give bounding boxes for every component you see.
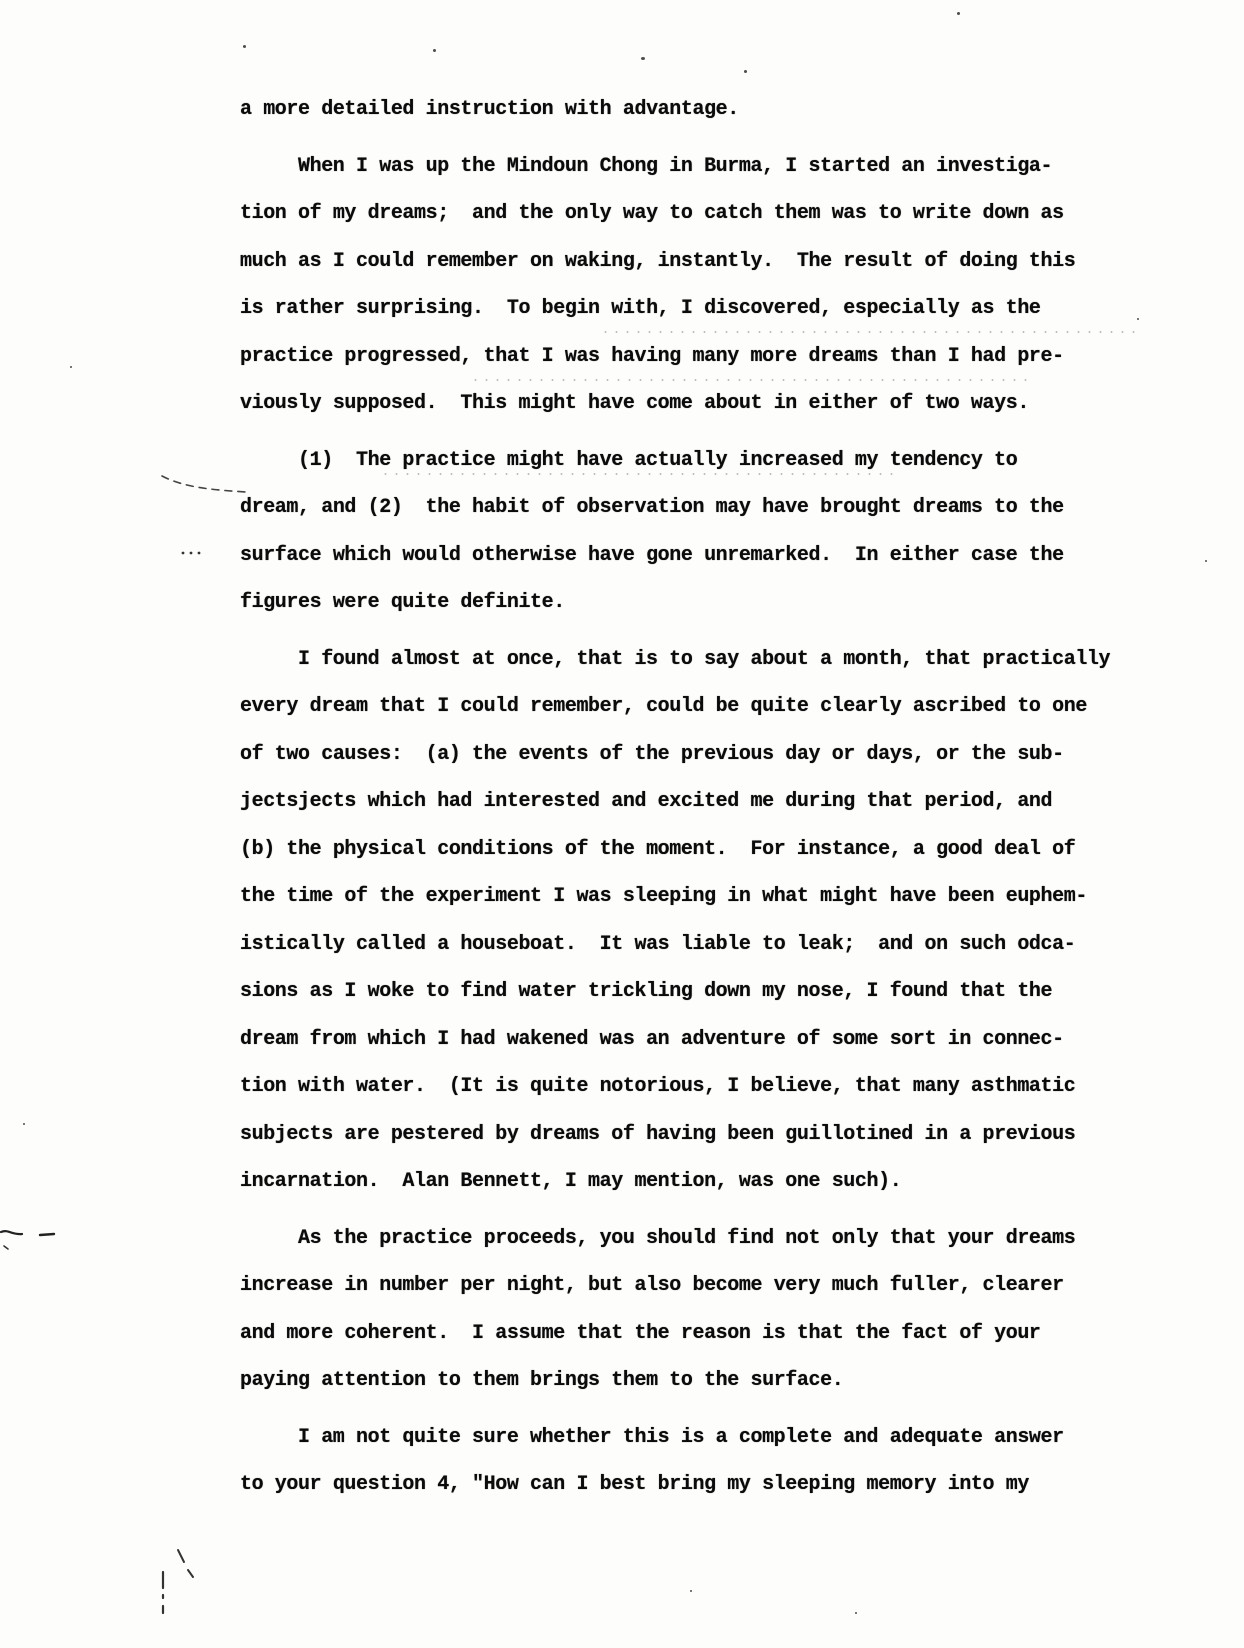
paragraph: a more detailed instruction with advanta… [240, 86, 1170, 134]
scan-noise-strip [600, 330, 1140, 334]
text-line: istically called a houseboat. It was lia… [240, 921, 1170, 969]
scan-speck [641, 57, 645, 60]
scan-speck [433, 49, 436, 52]
scan-speck [23, 1123, 25, 1125]
text-line: is rather surprising. To begin with, I d… [240, 285, 1170, 333]
margin-dots-mark [180, 548, 206, 558]
scan-speck [855, 1612, 857, 1614]
text-line: (1) The practice might have actually inc… [240, 437, 1170, 485]
text-line: tion of my dreams; and the only way to c… [240, 190, 1170, 238]
scan-speck [957, 12, 960, 15]
text-line: When I was up the Mindoun Chong in Burma… [240, 143, 1170, 191]
text-line: increase in number per night, but also b… [240, 1262, 1170, 1310]
paragraph: As the practice proceeds, you should fin… [240, 1215, 1170, 1405]
pencil-swoosh-mark [160, 468, 250, 498]
bottom-diagonal-pencil-mark [172, 1548, 202, 1584]
text-line: I am not quite sure whether this is a co… [240, 1414, 1170, 1462]
scan-speck [470, 1131, 472, 1133]
paragraph: When I was up the Mindoun Chong in Burma… [240, 143, 1170, 428]
text-line: dream, and (2) the habit of observation … [240, 484, 1170, 532]
text-line: sions as I woke to find water trickling … [240, 968, 1170, 1016]
text-line: incarnation. Alan Bennett, I may mention… [240, 1158, 1170, 1206]
scanned-document-page: a more detailed instruction with advanta… [0, 0, 1244, 1648]
scan-speck [1205, 560, 1207, 562]
scan-speck [1137, 318, 1139, 320]
text-line: surface which would otherwise have gone … [240, 532, 1170, 580]
text-line: As the practice proceeds, you should fin… [240, 1215, 1170, 1263]
scan-noise-strip [380, 472, 900, 476]
text-line: of two causes: (a) the events of the pre… [240, 731, 1170, 779]
margin-squiggle-mark [0, 1226, 70, 1252]
bottom-dashed-pencil-mark [158, 1570, 170, 1616]
paragraph: (1) The practice might have actually inc… [240, 437, 1170, 627]
text-line: viously supposed. This might have come a… [240, 380, 1170, 428]
text-line: the time of the experiment I was sleepin… [240, 873, 1170, 921]
scan-speck [690, 1590, 692, 1592]
text-line: (b) the physical conditions of the momen… [240, 826, 1170, 874]
paragraph: I am not quite sure whether this is a co… [240, 1414, 1170, 1509]
scan-speck [70, 366, 72, 368]
paragraph: I found almost at once, that is to say a… [240, 636, 1170, 1206]
text-line: to your question 4, "How can I best brin… [240, 1461, 1170, 1509]
text-line: paying attention to them brings them to … [240, 1357, 1170, 1405]
typed-text: a more detailed instruction with advanta… [240, 86, 1170, 1509]
text-line: every dream that I could remember, could… [240, 683, 1170, 731]
text-line: practice progressed, that I was having m… [240, 333, 1170, 381]
text-line: and more coherent. I assume that the rea… [240, 1310, 1170, 1358]
text-line: tion with water. (It is quite notorious,… [240, 1063, 1170, 1111]
text-line: jectsjects which had interested and exci… [240, 778, 1170, 826]
scan-noise-strip [470, 378, 1030, 382]
text-line: I found almost at once, that is to say a… [240, 636, 1170, 684]
scan-speck [744, 70, 747, 73]
text-line: much as I could remember on waking, inst… [240, 238, 1170, 286]
scan-speck [243, 45, 246, 48]
text-line: figures were quite definite. [240, 579, 1170, 627]
text-line: subjects are pestered by dreams of havin… [240, 1111, 1170, 1159]
text-line: a more detailed instruction with advanta… [240, 86, 1170, 134]
text-line: dream from which I had wakened was an ad… [240, 1016, 1170, 1064]
